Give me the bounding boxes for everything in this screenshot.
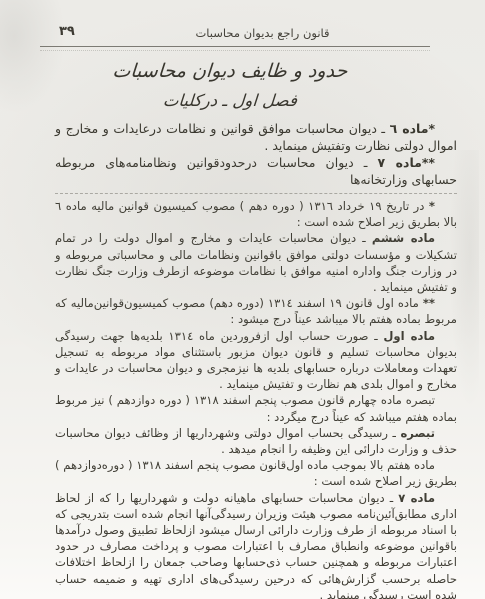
footnote-marker: ** <box>423 296 435 310</box>
paragraph: * در تاريخ ١٩ خرداد ١٣١٦ ( دوره دهم ) مص… <box>55 198 457 230</box>
article-lead: ماده ٧ <box>378 155 422 170</box>
scanned-document-page: ٣٩ قانون راجع بديوان محاسبات حدود و ظايف… <box>0 0 485 599</box>
article-lead: ماده ٧ <box>398 491 435 505</box>
article-lead: تبصره <box>400 426 435 440</box>
paragraph: ماده ششم ـ ديوان محاسبات عايدات و مخارج … <box>55 230 457 295</box>
paragraph: *ماده ٦ ـ ديوان محاسبات موافق قوانين و ن… <box>55 120 457 154</box>
paragraph-text: ـ ديوان محاسبات حسابهاى ماهيانه دولت و ش… <box>55 491 457 599</box>
footnote-marker: * <box>429 199 435 213</box>
paragraph-text: تبصره ماده چهارم قانون مصوب پنجم اسفند ١… <box>55 393 457 423</box>
paragraph: تبصره ـ رسيدگى بحساب اموال دولتى وشهردار… <box>55 425 457 457</box>
paragraph-text: در تاريخ ١٩ خرداد ١٣١٦ ( دوره دهم ) مصوب… <box>55 199 457 229</box>
article-lead: ماده اول <box>383 329 435 343</box>
paragraph-text: ماده هفتم بالا بموجب ماده اول‌قانون مصوب… <box>55 458 457 488</box>
article-lead: ماده ششم <box>372 231 435 245</box>
paragraph: ماده هفتم بالا بموجب ماده اول‌قانون مصوب… <box>55 457 457 489</box>
chapter-title: فصل اول ـ دركليات <box>29 91 430 110</box>
paragraph: ** ماده اول قانون ١٩ اسفند ١٣١٤ (دوره ده… <box>55 295 457 327</box>
document-headings: حدود و ظايف ديوان محاسبات فصل اول ـ دركل… <box>30 60 430 110</box>
paragraph-text: ـ رسيدگى بحساب اموال دولتى وشهرداريها از… <box>55 426 457 456</box>
paragraph: ماده اول ـ صورت حساب اول ازفروردين ماه ١… <box>55 328 457 393</box>
header-rule <box>40 46 430 51</box>
page-header: ٣٩ قانون راجع بديوان محاسبات <box>57 22 428 46</box>
paragraph: تبصره ماده چهارم قانون مصوب پنجم اسفند ١… <box>55 392 457 424</box>
footnote-marker: ** <box>422 155 435 170</box>
footnote-separator <box>55 193 457 194</box>
paragraph: ماده ٧ ـ ديوان محاسبات حسابهاى ماهيانه د… <box>55 490 457 599</box>
footnote-marker: * <box>428 121 435 136</box>
article-lead: ماده ٦ <box>390 121 429 136</box>
paragraph: **ماده ٧ ـ ديوان محاسبات درحدودقوانين ون… <box>55 154 457 188</box>
paragraph-text: ماده اول قانون ١٩ اسفند ١٣١٤ (دوره دهم) … <box>55 296 457 326</box>
document-title: حدود و ظايف ديوان محاسبات <box>29 60 431 82</box>
document-body: *ماده ٦ ـ ديوان محاسبات موافق قوانين و ن… <box>55 120 457 599</box>
running-title: قانون راجع بديوان محاسبات <box>57 26 468 40</box>
